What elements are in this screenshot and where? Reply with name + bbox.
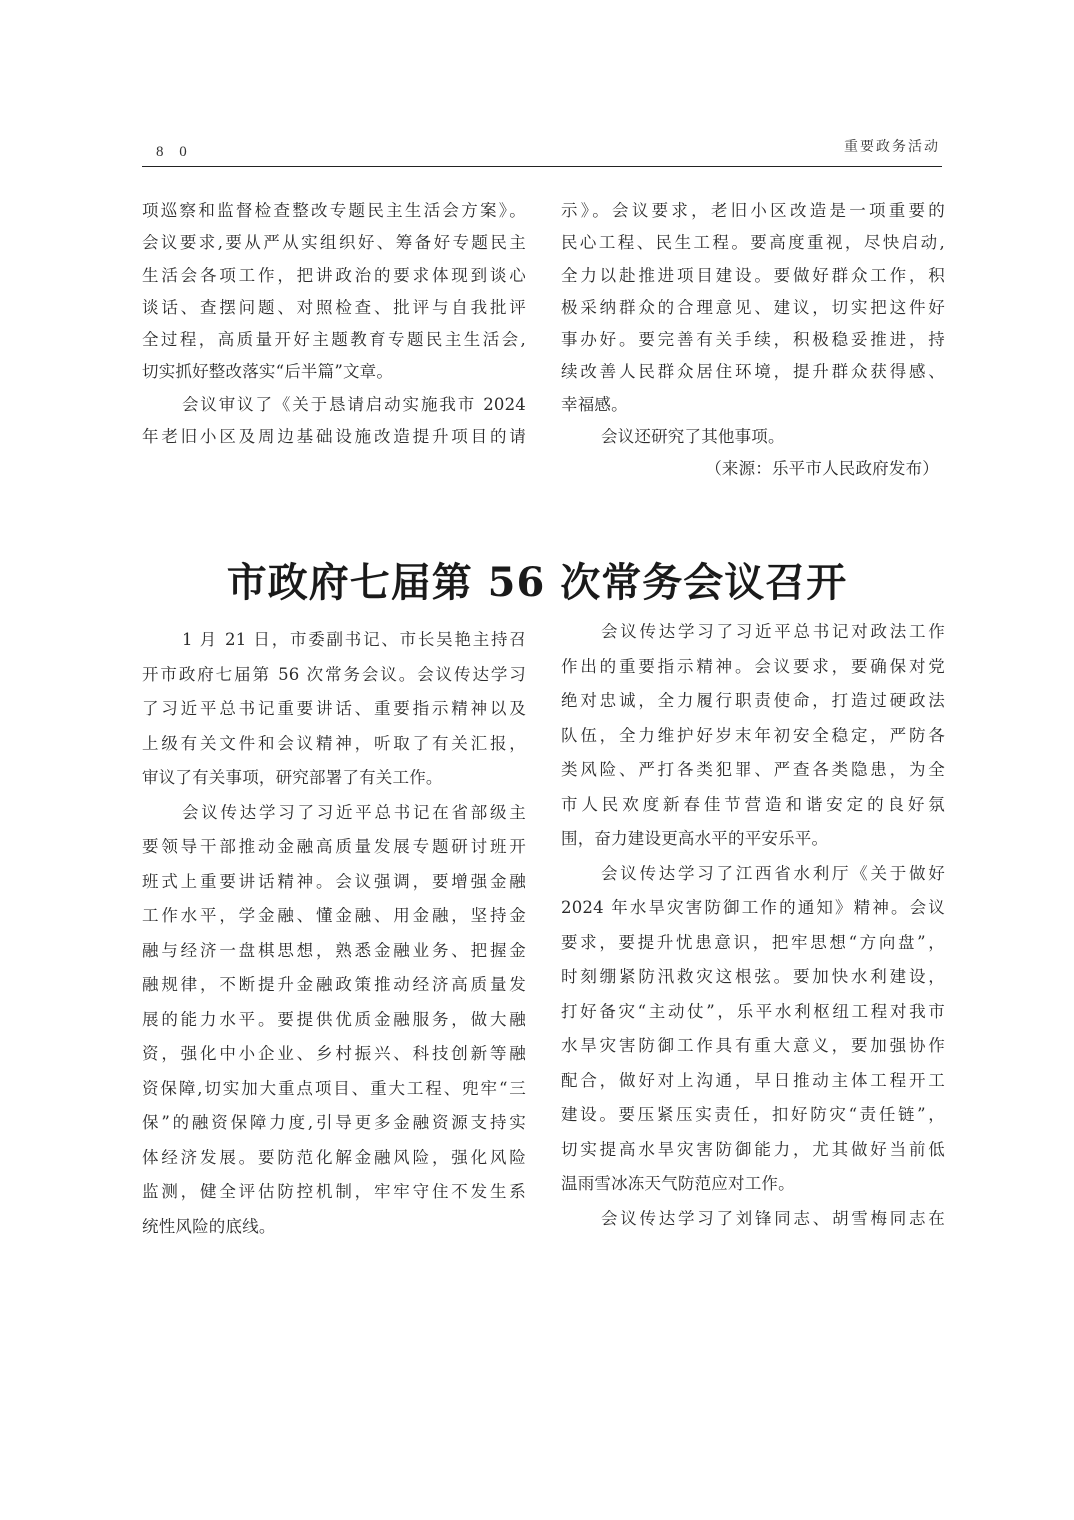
previous-article-right-column: 示》。会议要求，老旧小区改造是一项重要的 民心工程、民生工程。要高度重视，尽快启…: [561, 195, 945, 486]
text-line: 展的能力水平。要提供优质金融服务，做大融: [142, 1003, 526, 1038]
text-line: 上级有关文件和会议精神，听取了有关汇报，: [142, 727, 526, 762]
text-line: 市人民欢度新春佳节营造和谐安定的良好氛: [561, 788, 945, 823]
text-line: 体经济发展。要防范化解金融风险，强化风险: [142, 1141, 526, 1176]
text-line: 要求，要提升忧患意识，把牢思想“方向盘”，: [561, 926, 945, 961]
text-line: 全过程，高质量开好主题教育专题民主生活会,: [142, 324, 526, 356]
text-line: 极采纳群众的合理意见、建议，切实把这件好: [561, 292, 945, 324]
text-line: 绝对忠诚，全力履行职责使命，打造过硬政法: [561, 684, 945, 719]
paragraph-start: 会议传达学习了江西省水利厅《关于做好: [561, 857, 945, 892]
text-line: 开市政府七届第 56 次常务会议。会议传达学习: [142, 658, 526, 693]
text-line: 围，奋力建设更高水平的平安乐平。: [561, 822, 945, 857]
text-line: 要领导干部推动金融高质量发展专题研讨班开: [142, 830, 526, 865]
text-line: 温雨雪冰冻天气防范应对工作。: [561, 1167, 945, 1202]
text-line: 资保障,切实加大重点项目、重大工程、兜牢“三: [142, 1072, 526, 1107]
text-line: 切实抓好整改落实“后半篇”文章。: [142, 356, 526, 388]
text-line: 幸福感。: [561, 389, 945, 421]
text-line: 统性风险的底线。: [142, 1210, 526, 1245]
text-line: 建设。要压紧压实责任，扣好防灾“责任链”，: [561, 1098, 945, 1133]
text-line: 保”的融资保障力度,引导更多金融资源支持实: [142, 1106, 526, 1141]
text-line: 全力以赴推进项目建设。要做好群众工作，积: [561, 260, 945, 292]
section-name: 重要政务活动: [844, 136, 940, 156]
text-line: 了习近平总书记重要讲话、重要指示精神以及: [142, 692, 526, 727]
paragraph-start: 会议传达学习了刘锋同志、胡雪梅同志在: [561, 1202, 945, 1237]
article-title: 市政府七届第 56 次常务会议召开: [0, 551, 1074, 608]
text-line: 融规律，不断提升金融政策推动经济高质量发: [142, 968, 526, 1003]
text-line: 审议了有关事项，研究部署了有关工作。: [142, 761, 526, 796]
text-line: 作出的重要指示精神。会议要求，要确保对党: [561, 650, 945, 685]
text-line: 民心工程、民生工程。要高度重视，尽快启动,: [561, 227, 945, 259]
text-line: 配合，做好对上沟通，早日推动主体工程开工: [561, 1064, 945, 1099]
text-line: 年老旧小区及周边基础设施改造提升项目的请: [142, 421, 526, 453]
text-line: 融与经济一盘棋思想，熟悉金融业务、把握金: [142, 934, 526, 969]
text-line: 切实提高水旱灾害防御能力，尤其做好当前低: [561, 1133, 945, 1168]
article-right-column: 会议传达学习了习近平总书记对政法工作 作出的重要指示精神。会议要求，要确保对党 …: [561, 615, 945, 1236]
page-header: 8 0 重要政务活动: [142, 136, 942, 167]
paragraph-start: 会议还研究了其他事项。: [561, 421, 945, 453]
text-line: 资，强化中小企业、乡村振兴、科技创新等融: [142, 1037, 526, 1072]
text-line: 示》。会议要求，老旧小区改造是一项重要的: [561, 195, 945, 227]
text-line: 生活会各项工作，把讲政治的要求体现到谈心: [142, 260, 526, 292]
paragraph-start: 会议传达学习了习近平总书记在省部级主: [142, 796, 526, 831]
source-attribution: （来源：乐平市人民政府发布）: [561, 453, 945, 485]
text-line: 水旱灾害防御工作具有重大意义，要加强协作: [561, 1029, 945, 1064]
page-number: 8 0: [156, 144, 193, 161]
text-line: 项巡察和监督检查整改专题民主生活会方案》。: [142, 195, 526, 227]
text-line: 谈话、查摆问题、对照检查、批评与自我批评: [142, 292, 526, 324]
text-line: 事办好。要完善有关手续，积极稳妥推进，持: [561, 324, 945, 356]
text-line: 时刻绷紧防汛救灾这根弦。要加快水利建设，: [561, 960, 945, 995]
text-line: 班式上重要讲话精神。会议强调，要增强金融: [142, 865, 526, 900]
paragraph-start: 1 月 21 日，市委副书记、市长吴艳主持召: [142, 623, 526, 658]
text-line: 监测，健全评估防控机制，牢牢守住不发生系: [142, 1175, 526, 1210]
paragraph-start: 会议审议了《关于恳请启动实施我市 2024: [142, 389, 526, 421]
text-line: 工作水平，学金融、懂金融、用金融，坚持金: [142, 899, 526, 934]
text-line: 会议要求,要从严从实组织好、筹备好专题民主: [142, 227, 526, 259]
previous-article-left-column: 项巡察和监督检查整改专题民主生活会方案》。 会议要求,要从严从实组织好、筹备好专…: [142, 195, 526, 453]
paragraph-start: 会议传达学习了习近平总书记对政法工作: [561, 615, 945, 650]
text-line: 2024 年水旱灾害防御工作的通知》精神。会议: [561, 891, 945, 926]
article-left-column: 1 月 21 日，市委副书记、市长吴艳主持召 开市政府七届第 56 次常务会议。…: [142, 623, 526, 1244]
text-line: 打好备灾“主动仗”，乐平水利枢纽工程对我市: [561, 995, 945, 1030]
text-line: 续改善人民群众居住环境，提升群众获得感、: [561, 356, 945, 388]
text-line: 类风险、严打各类犯罪、严查各类隐患，为全: [561, 753, 945, 788]
text-line: 队伍，全力维护好岁末年初安全稳定，严防各: [561, 719, 945, 754]
